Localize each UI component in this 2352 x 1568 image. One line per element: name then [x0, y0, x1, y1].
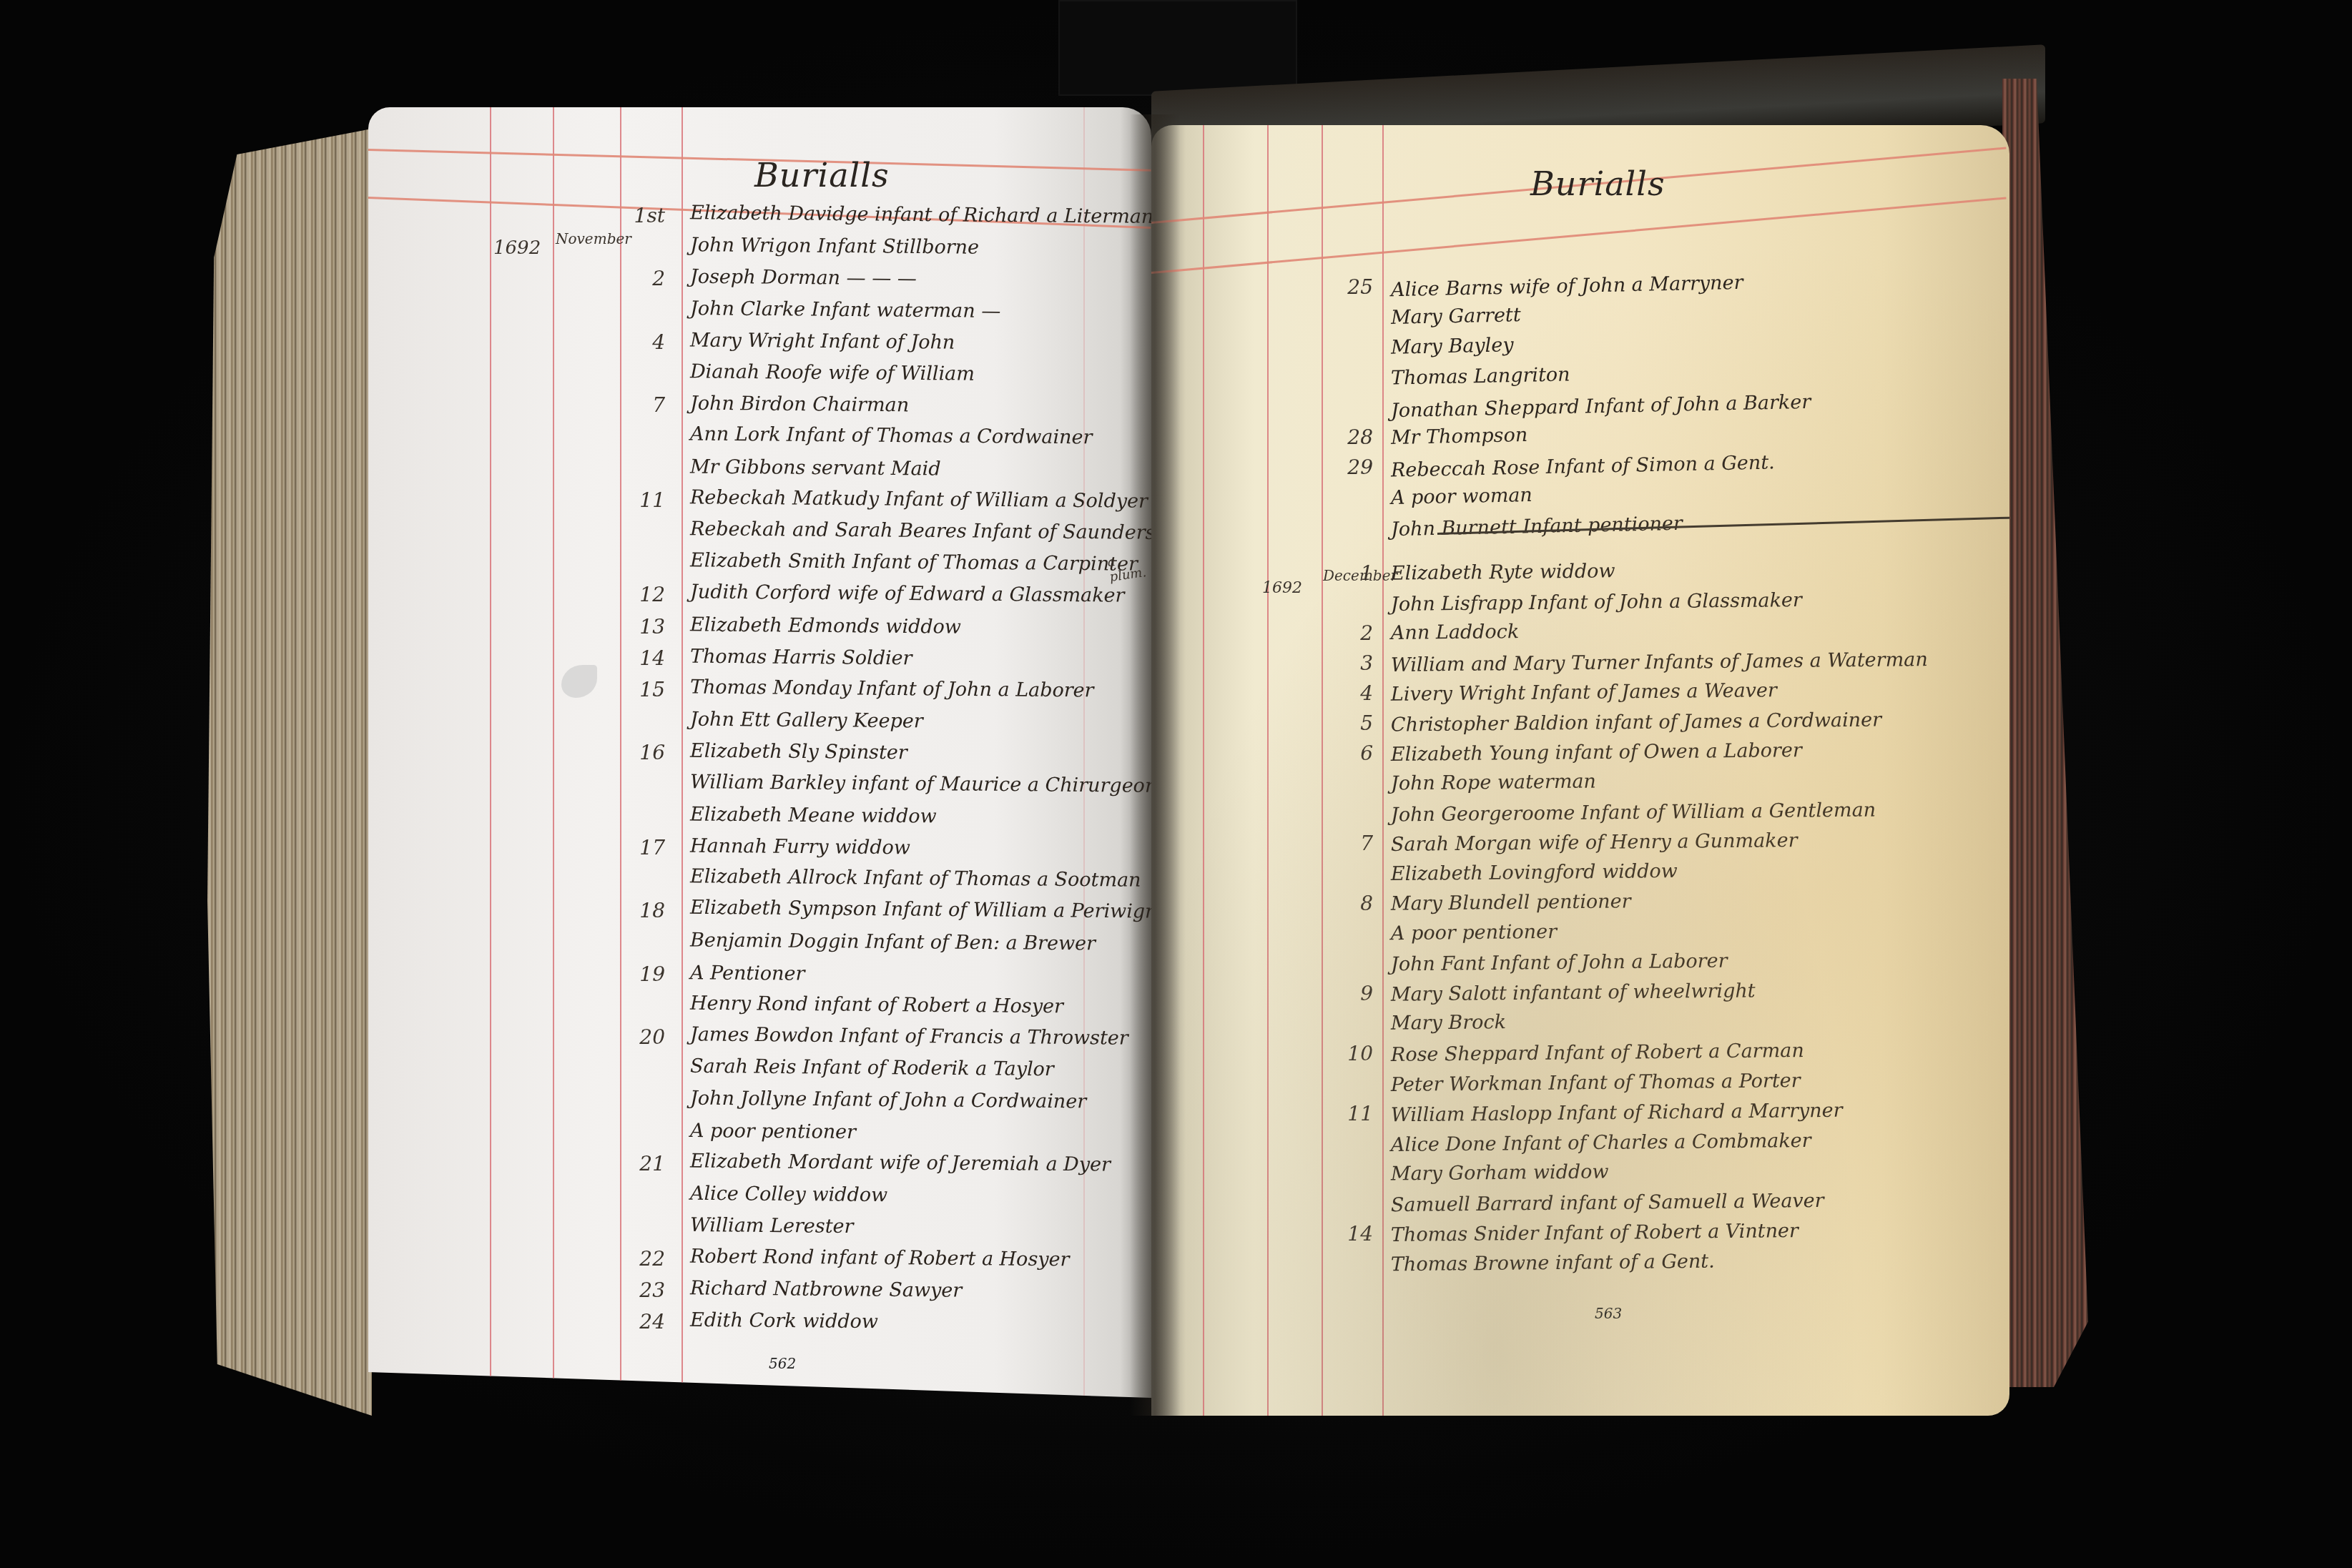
ruling-line	[682, 107, 683, 1398]
burial-entry: Alice Colley widdow	[690, 1183, 887, 1206]
burial-entry: John Wrigon Infant Stillborne	[690, 234, 979, 259]
entry-day: 2	[1330, 621, 1373, 645]
burial-entry: Mary Salott infantant of wheelwright	[1391, 980, 1756, 1005]
burial-entry: Thomas Langriton	[1391, 363, 1570, 389]
burial-entry: James Bowdon Infant of Francis a Throwst…	[690, 1024, 1128, 1050]
burial-entry: William Haslopp Infant of Richard a Marr…	[1391, 1100, 1843, 1127]
burial-entry: John Jollyne Infant of John a Cordwainer	[690, 1087, 1086, 1113]
page-heading: Burialls	[1530, 164, 1665, 203]
burial-entry: Mary Wright Infant of John	[690, 329, 955, 353]
entry-day: 21	[622, 1152, 665, 1175]
burial-entry: Mr Gibbons servant Maid	[690, 455, 941, 480]
burial-entry: Joseph Dorman — — —	[690, 266, 917, 290]
burial-entry: Elizabeth Young infant of Owen a Laborer	[1391, 739, 1802, 766]
entry-day: 22	[622, 1247, 665, 1271]
entry-day: 16	[622, 741, 665, 764]
entry-day: 28	[1330, 425, 1373, 449]
ruling-line	[490, 107, 491, 1398]
burial-entry: A poor pentioner	[690, 1120, 856, 1143]
entry-day: 7	[1330, 832, 1373, 855]
burial-entry: A poor pentioner	[1391, 921, 1557, 945]
burial-entry: Mary Garrett	[1391, 304, 1521, 329]
entry-day: 18	[622, 899, 665, 922]
burial-entry: John Georgeroome Infant of William a Gen…	[1391, 799, 1876, 826]
page-stack-left	[207, 129, 372, 1416]
burial-entry: John Ett Gallery Keeper	[690, 709, 923, 733]
burial-entry: Judith Corford wife of Edward a Glassmak…	[690, 581, 1125, 607]
entry-day: 15	[622, 678, 665, 701]
ruling-line	[1083, 107, 1085, 1398]
entry-day: 5	[1330, 711, 1373, 735]
entry-day: 3	[1330, 651, 1373, 675]
burial-entry: William and Mary Turner Infants of James…	[1391, 649, 1928, 676]
burial-entry: Thomas Harris Soldier	[690, 645, 912, 669]
entry-day: 19	[622, 962, 665, 986]
burial-entry: Elizabeth Davidge infant of Richard a Li…	[690, 202, 1151, 228]
burial-entry: Dianah Roofe wife of William	[690, 360, 975, 385]
entry-day: 4	[622, 330, 665, 354]
entry-day: 11	[622, 488, 665, 512]
ruling-line	[1382, 125, 1384, 1416]
burial-entry: John Lisfrapp Infant of John a Glassmake…	[1391, 589, 1802, 616]
entry-day: 14	[1330, 1222, 1373, 1246]
ruling-line	[1322, 125, 1323, 1416]
burial-entry: Edith Cork widdow	[690, 1309, 878, 1333]
burial-entry: Richard Natbrowne Sawyer	[690, 1277, 963, 1301]
burial-entry: William Lerester	[690, 1214, 854, 1238]
page-number: 562	[769, 1355, 796, 1372]
entry-day: 1	[1330, 561, 1373, 585]
burial-entry: Elizabeth Sympson Infant of William a Pe…	[690, 897, 1151, 923]
entry-day: 6	[1330, 741, 1373, 765]
burial-entry: Robert Rond infant of Robert a Hosyer	[690, 1245, 1070, 1271]
burial-entry: Elizabeth Mordant wife of Jeremiah a Dye…	[690, 1150, 1111, 1175]
burial-entry: Elizabeth Meane widdow	[690, 803, 937, 827]
burial-entry: Elizabeth Edmonds widdow	[690, 613, 961, 638]
burial-entry: Mary Blundell pentioner	[1391, 890, 1631, 915]
ruling-line	[1267, 125, 1269, 1416]
book-gutter	[1130, 114, 1180, 1416]
burial-entry: Elizabeth Lovingford widdow	[1391, 860, 1678, 885]
ruling-line	[1151, 197, 2007, 274]
burial-entry: Thomas Snider Infant of Robert a Vintner	[1391, 1220, 1799, 1246]
month-label: November	[556, 230, 631, 247]
entry-day: 1st	[622, 204, 665, 227]
entry-day: 20	[622, 1025, 665, 1049]
burial-entry: Thomas Monday Infant of John a Laborer	[690, 676, 1094, 702]
entry-day: 12	[622, 583, 665, 606]
entry-day: 8	[1330, 892, 1373, 915]
register-page-right: Burialls 25Alice Barns wife of John a Ma…	[1151, 125, 2009, 1416]
burial-entry: Hannah Furry widdow	[690, 835, 910, 859]
burial-entry: Mr Thompson	[1391, 424, 1528, 449]
burial-entry: Sarah Morgan wife of Henry a Gunmaker	[1391, 829, 1798, 856]
page-number: 563	[1595, 1305, 1622, 1322]
burial-entry: Ann Lork Infant of Thomas a Cordwainer	[690, 423, 1093, 449]
year-label: 1692	[493, 237, 541, 259]
burial-entry: Rose Sheppard Infant of Robert a Carman	[1391, 1040, 1804, 1066]
entry-day: 14	[622, 646, 665, 670]
entry-day: 7	[622, 393, 665, 417]
leaf-watermark-icon	[561, 665, 597, 698]
burial-entry: Rebeckah Matkudy Infant of William a Sol…	[690, 486, 1148, 513]
ruling-line	[553, 107, 554, 1398]
burial-entry: Ann Laddock	[1391, 621, 1520, 644]
entry-day: 10	[1330, 1042, 1373, 1065]
burial-entry: Alice Barns wife of John a Marryner	[1391, 272, 1743, 301]
burial-entry: John Fant Infant of John a Laborer	[1391, 950, 1728, 976]
burial-entry: Samuell Barrard infant of Samuell a Weav…	[1391, 1190, 1824, 1216]
burial-entry: Christopher Baldion infant of James a Co…	[1391, 709, 1881, 736]
ruling-line	[620, 107, 621, 1398]
burial-entry: A poor woman	[1391, 484, 1532, 509]
burial-entry: Rebeccah Rose Infant of Simon a Gent.	[1391, 451, 1775, 481]
entry-day: 17	[622, 836, 665, 859]
ruling-line	[1203, 125, 1204, 1416]
burial-entry: Mary Gorham widdow	[1391, 1160, 1609, 1185]
burial-entry: Thomas Browne infant of a Gent.	[1391, 1251, 1715, 1276]
burial-entry: Jonathan Sheppard Infant of John a Barke…	[1391, 391, 1811, 422]
burial-entry: John Birdon Chairman	[690, 393, 909, 417]
burial-entry: Henry Rond infant of Robert a Hosyer	[690, 992, 1063, 1018]
burial-entry: John Clarke Infant waterman —	[690, 297, 1001, 322]
burial-entry: William Barkley infant of Maurice a Chir…	[690, 771, 1151, 797]
burial-entry: Elizabeth Sly Spinster	[690, 740, 907, 764]
burial-entry: A Pentioner	[690, 962, 805, 985]
entry-day: 4	[1330, 681, 1373, 705]
burial-entry: Elizabeth Smith Infant of Thomas a Carpi…	[690, 549, 1138, 575]
year-label: 1692	[1262, 579, 1302, 597]
register-page-left: Burialls 1692 November 1stElizabeth Davi…	[368, 107, 1151, 1398]
entry-day: 2	[622, 267, 665, 290]
entry-day: 23	[622, 1278, 665, 1302]
burial-entry: Mary Bayley	[1391, 334, 1514, 359]
entry-day: 11	[1330, 1102, 1373, 1125]
burial-entry: Mary Brock	[1391, 1011, 1506, 1035]
burial-entry: Elizabeth Ryte widdow	[1391, 560, 1615, 584]
burial-entry: Alice Done Infant of Charles a Combmaker	[1391, 1130, 1811, 1156]
entry-day: 24	[622, 1310, 665, 1333]
burial-entry: Livery Wright Infant of James a Weaver	[1391, 679, 1777, 706]
background-block	[1058, 0, 1297, 96]
burial-entry: Sarah Reis Infant of Roderik a Taylor	[690, 1055, 1054, 1080]
burial-entry: Elizabeth Allrock Infant of Thomas a Soo…	[690, 865, 1141, 892]
entry-day: 25	[1330, 275, 1373, 299]
burial-entry: Peter Workman Infant of Thomas a Porter	[1391, 1070, 1801, 1096]
entry-day: 13	[622, 615, 665, 638]
page-heading: Burialls	[754, 156, 890, 194]
burial-entry: Rebeckah and Sarah Beares Infant of Saun…	[690, 518, 1151, 544]
burial-entry: Benjamin Doggin Infant of Ben: a Brewer	[690, 929, 1096, 955]
entry-day: 29	[1330, 455, 1373, 479]
entry-day: 9	[1330, 982, 1373, 1005]
burial-entry: John Rope waterman	[1391, 770, 1596, 794]
